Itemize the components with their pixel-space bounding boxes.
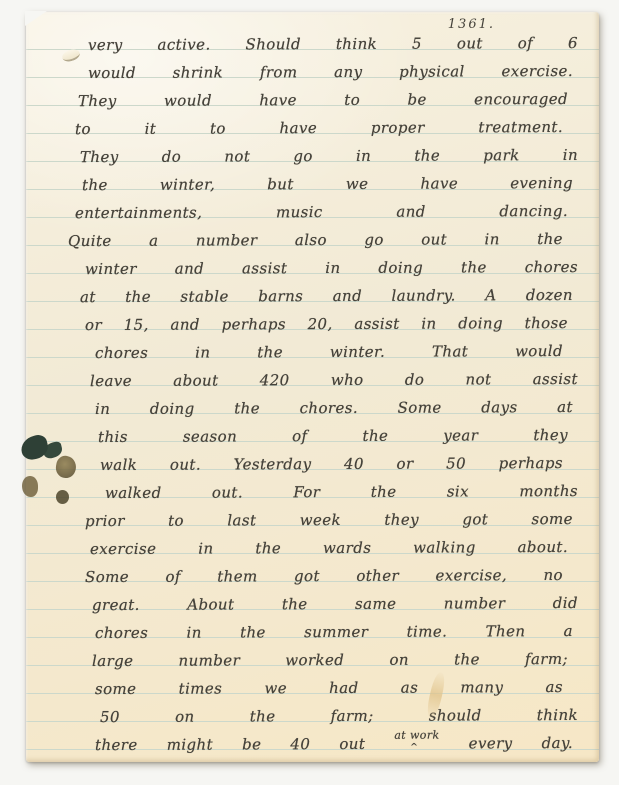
handwritten-line: sometimeswehadasmanyas (95, 673, 563, 703)
handwritten-line: Theywouldhavetobeencouraged (78, 85, 568, 115)
handwritten-line: walkout.Yesterday40or50perhaps (100, 449, 563, 479)
manuscript-page: 1361. veryactive.Shouldthink5outof6would… (26, 12, 599, 762)
handwritten-line: walkedout.Forthesixmonths (105, 477, 578, 507)
handwritten-line: leaveabout420whodonotassist (90, 365, 578, 395)
handwritten-line: toittohavepropertreatment. (75, 113, 563, 143)
ink-blot-brown-edge (22, 476, 38, 497)
handwritten-line: veryactive.Shouldthink5outof6 (88, 29, 578, 59)
ink-blot-small (56, 490, 69, 504)
handwriting-block: veryactive.Shouldthink5outof6wouldshrink… (26, 30, 599, 758)
handwritten-line: exerciseinthewardswalkingabout. (90, 533, 568, 563)
inserted-text: at work (394, 730, 439, 741)
handwritten-line: theremightbe40outat workeveryday. (95, 729, 573, 759)
handwritten-line: largenumberworkedonthefarm; (92, 645, 568, 675)
handwritten-line: 50onthefarm;shouldthink (100, 701, 578, 731)
handwritten-line: choresinthesummertime.Thena (95, 617, 573, 647)
handwritten-line: priortolastweektheygotsome (85, 505, 573, 535)
clipped-corner (25, 11, 47, 26)
handwritten-line: winterandassistindoingthechores (85, 253, 578, 283)
handwritten-line: Quiteanumberalsogooutinthe (68, 225, 563, 255)
handwritten-line: wouldshrinkfromanyphysicalexercise. (88, 57, 573, 87)
handwritten-line: atthestablebarnsandlaundry.Adozen (80, 281, 573, 311)
handwritten-line: great.Aboutthesamenumberdid (92, 589, 578, 619)
handwritten-line: thewinter,butwehaveevening (82, 169, 573, 199)
handwritten-line: Theydonotgointheparkin (80, 141, 578, 171)
handwritten-line: or15,andperhaps20,assistindoingthose (85, 309, 568, 339)
handwritten-line: thisseasonoftheyearthey (98, 421, 568, 451)
handwritten-line: entertainments,musicanddancing. (75, 197, 568, 227)
handwritten-line: choresinthewinter.Thatwould (95, 337, 563, 367)
scan-background: 1361. veryactive.Shouldthink5outof6would… (0, 0, 619, 785)
handwritten-line: Someofthemgototherexercise,no (85, 561, 563, 591)
handwritten-line: indoingthechores.Somedaysat (95, 393, 573, 423)
